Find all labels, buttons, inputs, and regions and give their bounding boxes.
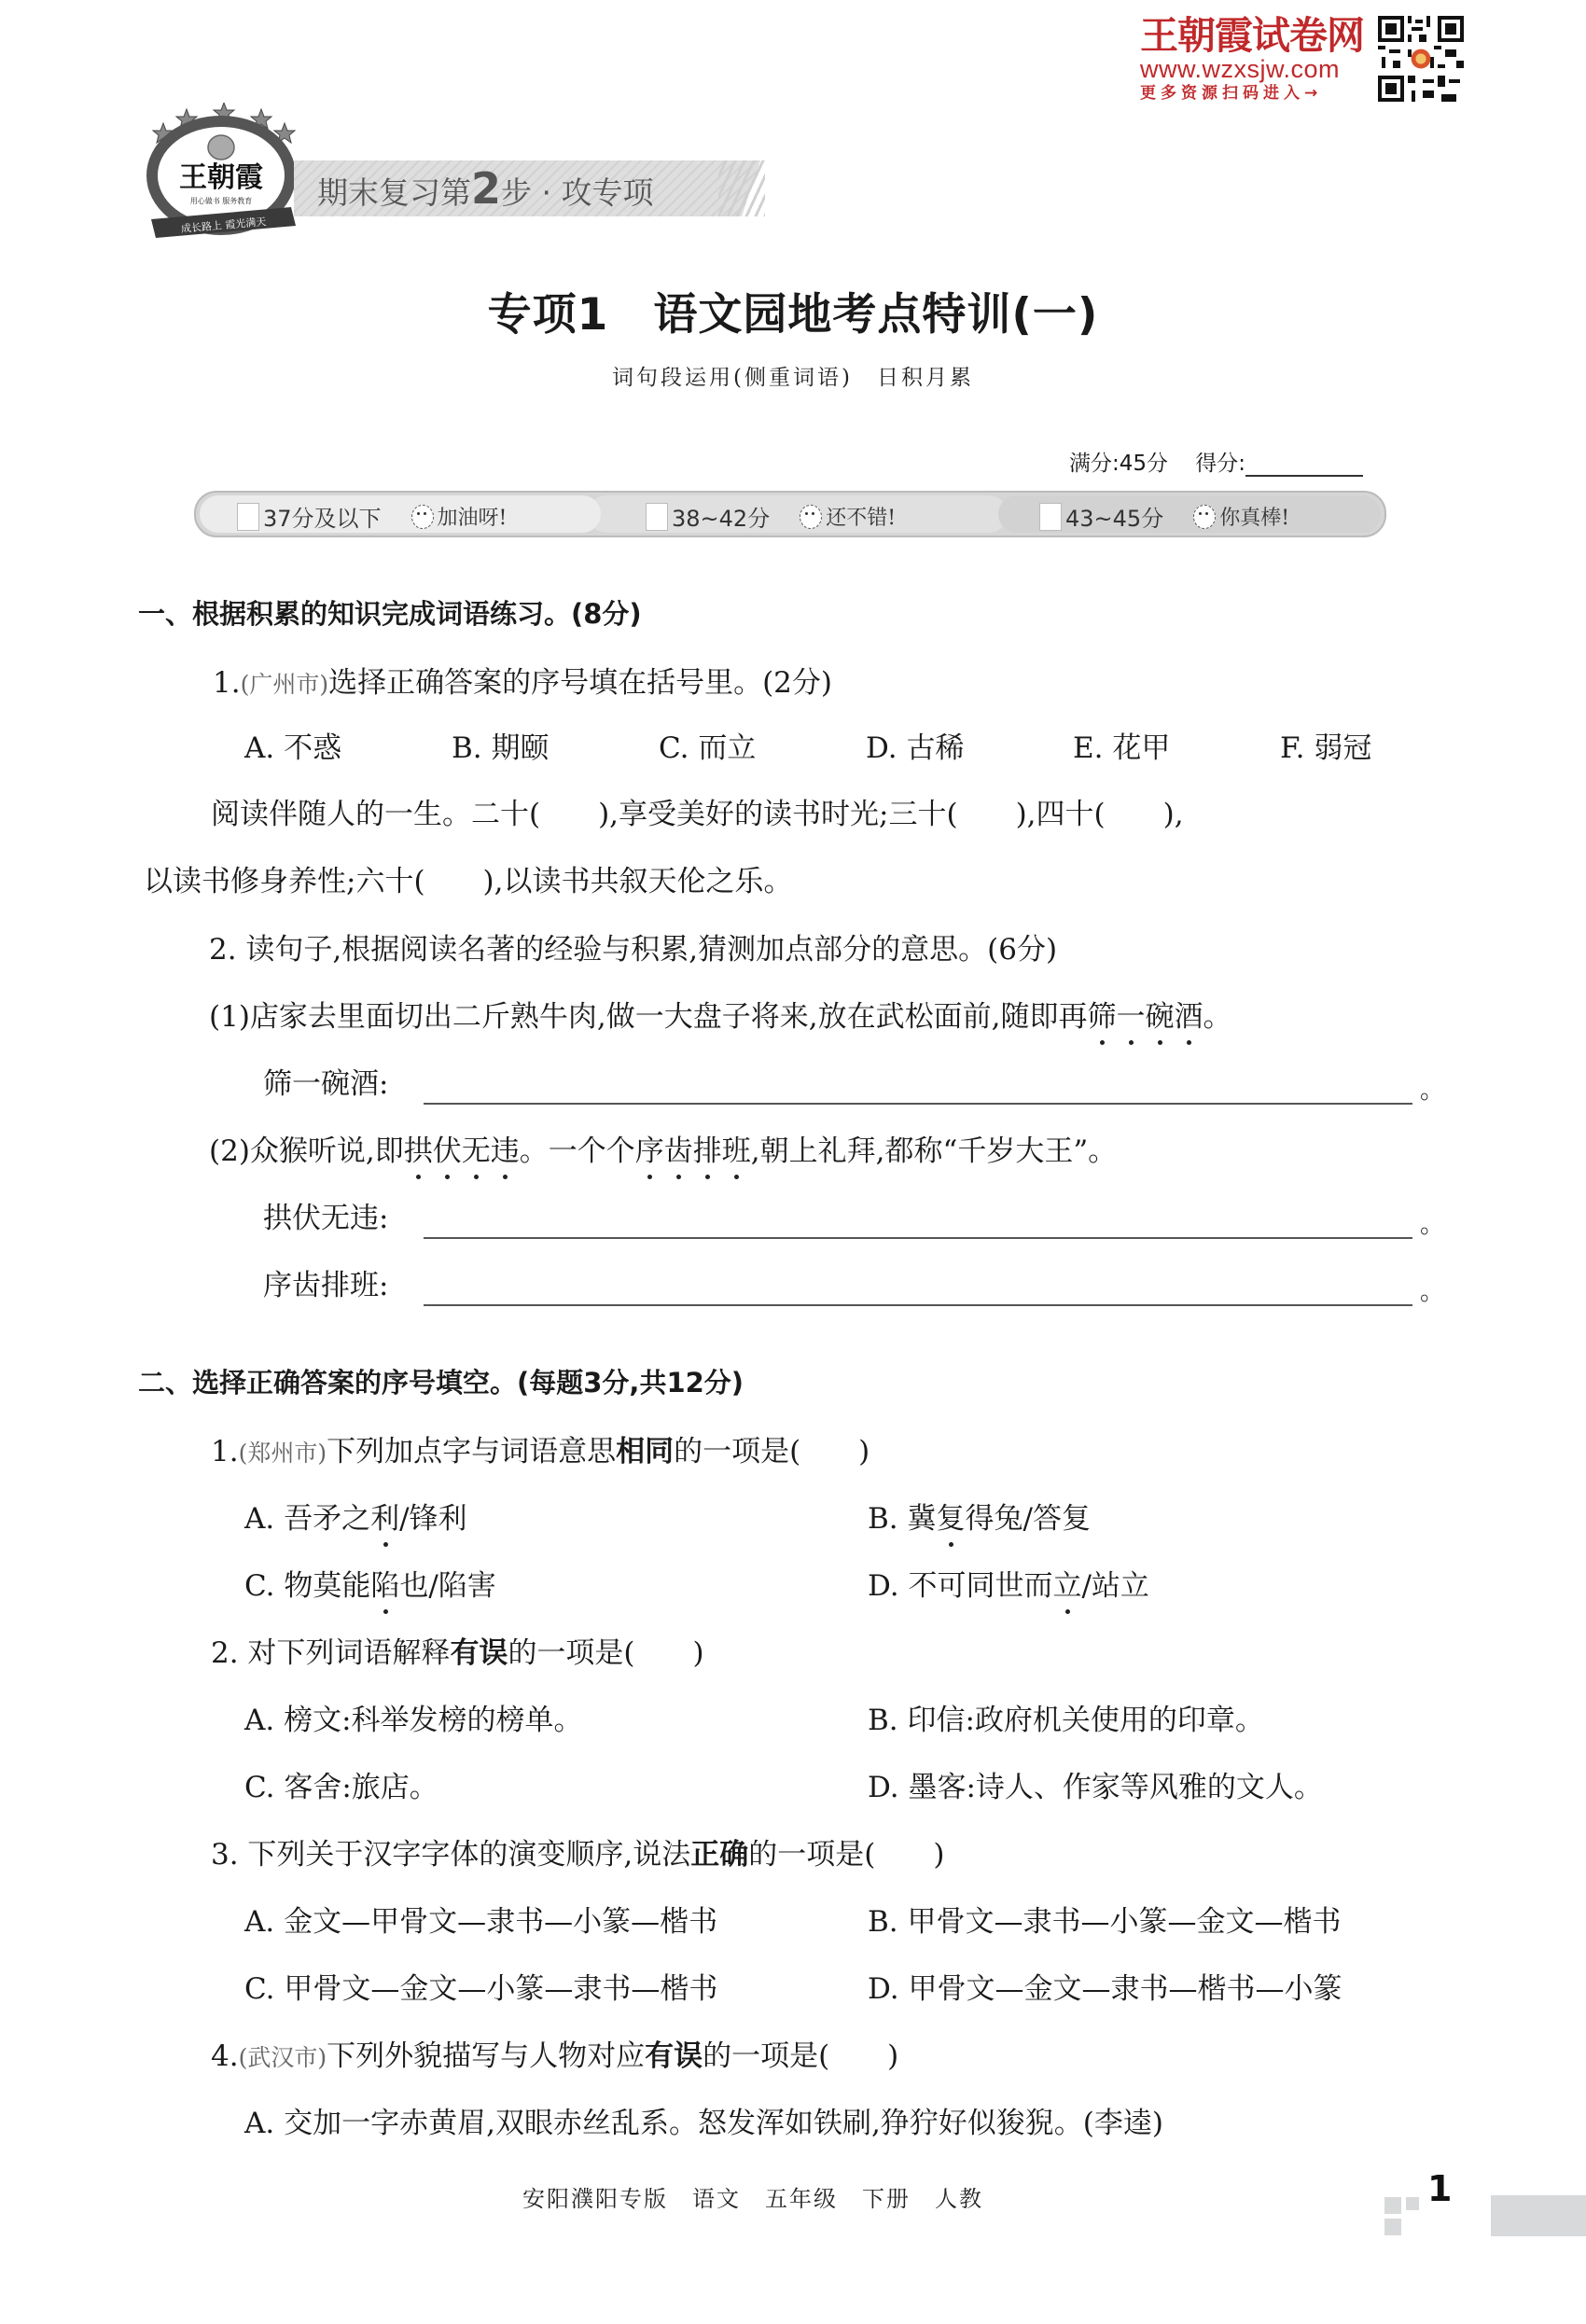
s2-q3: 3. 下列关于汉字字体的演变顺序,说法正确的一项是( ) bbox=[211, 1836, 945, 1873]
s2-q1-option-b: B. 冀复得兔/答复 bbox=[868, 1500, 1091, 1538]
s1-q1-passage-line2: 以读书修身养性;六十( ),以读书共叙天伦之乐。 bbox=[144, 863, 793, 900]
got-score-label: 得分: bbox=[1195, 452, 1245, 476]
section2-heading: 二、选择正确答案的序号填空。(每题3分,共12分) bbox=[138, 1362, 744, 1400]
s2-q1-option-a: A. 吾矛之利/锋利 bbox=[244, 1500, 467, 1538]
s2-q2: 2. 对下列词语解释有误的一项是( ) bbox=[211, 1635, 704, 1672]
page-subtitle: 词句段运用(侧重词语) 日积月累 bbox=[0, 360, 1586, 391]
svg-text:用心做书 服务教育: 用心做书 服务教育 bbox=[190, 196, 253, 205]
s1-q1-option-e: E. 花甲 bbox=[1073, 730, 1170, 767]
s2-q1: 1.(郑州市)下列加点字与词语意思相同的一项是( ) bbox=[211, 1433, 870, 1472]
footer-edition: 安阳濮阳专版 语文 五年级 下册 人教 bbox=[522, 2180, 983, 2213]
s1-q2-answer3-label: 序齿排班: bbox=[263, 1267, 388, 1304]
banner-stripes bbox=[718, 160, 765, 216]
s1-q1-option-f: F. 弱冠 bbox=[1280, 730, 1371, 767]
s1-q2-sentence2: (2)众猴听说,即拱伏无违。一个个序齿排班,朝上礼拜,都称“千岁大王”。 bbox=[209, 1133, 1117, 1170]
full-score-label: 满分:45分 bbox=[1069, 452, 1168, 476]
s1-q2-answer2-label: 拱伏无违: bbox=[263, 1200, 388, 1237]
brand-url[interactable]: www.wzxsjw.com bbox=[1140, 56, 1364, 82]
s2-q3-option-d: D. 甲骨文—金文—隶书—楷书—小篆 bbox=[868, 1970, 1342, 2008]
s2-q2-option-a: A. 榜文:科举发榜的榜单。 bbox=[244, 1702, 583, 1739]
s2-q2-option-d: D. 墨客:诗人、作家等风雅的文人。 bbox=[868, 1769, 1323, 1806]
qr-code-icon[interactable] bbox=[1378, 16, 1464, 102]
s1-q1-option-c: C. 而立 bbox=[659, 730, 756, 767]
s2-q3-option-a: A. 金文—甲骨文—隶书—小篆—楷书 bbox=[244, 1903, 717, 1941]
page-deco-square bbox=[1406, 2197, 1419, 2210]
score-line: 满分:45分 得分: bbox=[1069, 446, 1363, 477]
s2-q1-option-d: D. 不可同世而立/站立 bbox=[868, 1567, 1149, 1605]
face-icon bbox=[800, 505, 822, 529]
s2-q4: 4.(武汉市)下列外貌描写与人物对应有误的一项是( ) bbox=[211, 2038, 898, 2077]
s1-q1: 1.(广州市)选择正确答案的序号填在括号里。(2分) bbox=[213, 664, 832, 703]
publisher-logo-badge: 王朝霞 用心做书 服务教育 成长路上 霞光满天 bbox=[142, 103, 300, 243]
page-deco-square bbox=[1384, 2197, 1401, 2214]
page-deco-bar bbox=[1491, 2195, 1586, 2236]
answer-line-1[interactable] bbox=[424, 1103, 1412, 1105]
brand-block: 王朝霞试卷网 www.wzxsjw.com 更多资源扫码进入→ bbox=[1140, 15, 1364, 104]
s2-q1-option-c: C. 物莫能陷也/陷害 bbox=[244, 1567, 496, 1605]
s2-q4-option-a: A. 交加一字赤黄眉,双眼赤丝乱系。怒发浑如铁刷,狰狞好似狻猊。(李逵) bbox=[244, 2105, 1163, 2142]
face-icon bbox=[411, 505, 434, 529]
grade-bar: 37分及以下 加油呀! 38~42分 还不错! 43~45分 你真棒! bbox=[194, 491, 1386, 537]
s1-q2: 2. 读句子,根据阅读名著的经验与积累,猜测加点部分的意思。(6分) bbox=[209, 931, 1057, 968]
brand-title: 王朝霞试卷网 bbox=[1140, 15, 1364, 56]
page-deco-square bbox=[1384, 2219, 1401, 2235]
answer-line-2[interactable] bbox=[424, 1237, 1412, 1239]
s2-q3-option-c: C. 甲骨文—金文—小篆—隶书—楷书 bbox=[244, 1970, 717, 2008]
face-icon bbox=[1193, 505, 1216, 529]
grade-checkbox[interactable] bbox=[1039, 503, 1062, 531]
s2-q2-option-c: C. 客舍:旅店。 bbox=[244, 1769, 438, 1806]
brand-more-text: 更多资源扫码进入→ bbox=[1140, 82, 1364, 104]
s2-q2-option-b: B. 印信:政府机关使用的印章。 bbox=[868, 1702, 1264, 1739]
grade-item-high: 43~45分 你真棒! bbox=[1039, 500, 1289, 533]
s2-q3-option-b: B. 甲骨文—隶书—小篆—金文—楷书 bbox=[868, 1903, 1342, 1941]
s1-q1-option-d: D. 古稀 bbox=[866, 730, 964, 767]
score-input-blank[interactable] bbox=[1245, 456, 1363, 477]
section-banner: 期末复习第2步 · 攻专项 bbox=[317, 164, 654, 217]
grade-checkbox[interactable] bbox=[237, 503, 259, 531]
answer-line-3[interactable] bbox=[424, 1304, 1412, 1306]
page-number: 1 bbox=[1427, 2168, 1452, 2209]
grade-item-mid: 38~42分 还不错! bbox=[646, 500, 896, 533]
svg-text:王朝霞: 王朝霞 bbox=[179, 161, 263, 194]
s1-q2-sentence1: (1)店家去里面切出二斤熟牛肉,做一大盘子将来,放在武松面前,随即再筛一碗酒。 bbox=[209, 998, 1231, 1036]
page-title: 专项1 语文园地考点特训(一) bbox=[0, 280, 1586, 342]
s1-q1-option-b: B. 期颐 bbox=[452, 730, 550, 767]
s1-q1-option-a: A. 不惑 bbox=[244, 730, 341, 767]
s1-q2-answer1-label: 筛一碗酒: bbox=[263, 1065, 388, 1103]
section1-heading: 一、根据积累的知识完成词语练习。(8分) bbox=[138, 593, 642, 632]
grade-checkbox[interactable] bbox=[646, 503, 668, 531]
grade-item-low: 37分及以下 加油呀! bbox=[237, 500, 507, 533]
s1-q1-passage-line1: 阅读伴随人的一生。二十( ),享受美好的读书时光;三十( ),四十( ), bbox=[211, 796, 1184, 833]
